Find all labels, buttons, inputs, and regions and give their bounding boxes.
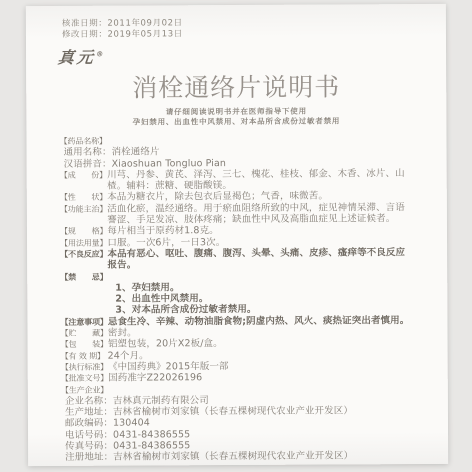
- section-text: 川芎、丹参、黄芪、泽泻、三七、槐花、桂枝、郁金、木香、冰片、山楂。辅料：蔗糖、硬…: [107, 168, 413, 192]
- brand-logo: 真元®: [57, 45, 129, 68]
- section-label: 【用法用量】: [60, 237, 107, 249]
- section-row: 【成 份】 川芎、丹参、黄芪、泽泻、三七、槐花、桂枝、郁金、木香、冰片、山楂。辅…: [60, 168, 413, 192]
- section-label: 【性 状】: [60, 192, 107, 204]
- section-label: 【规 格】: [60, 226, 107, 238]
- section-text: [107, 134, 413, 136]
- revision-date-label: 修改日期：: [62, 30, 108, 40]
- registered-trademark-mark: ®: [96, 49, 104, 58]
- section-label: 【不良反应】: [60, 249, 107, 261]
- section-text: 国药准字Z22026196: [108, 371, 414, 384]
- revision-date-value: 2019年05月13日: [107, 29, 182, 39]
- section-label: 【生产企业】: [61, 384, 108, 396]
- approval-date-value: 2011年09月02日: [107, 18, 182, 28]
- section-label: 【功能主治】: [60, 203, 107, 215]
- section-row: 注册地址：吉林省榆树市刘家镇（长春五棵树现代农业产业开发区）: [61, 450, 414, 463]
- section-label: 【有 效 期】: [61, 350, 108, 362]
- section-label: 【执行标准】: [61, 362, 108, 374]
- section-label: 【注意事项】: [60, 316, 107, 328]
- photo-of-leaflet: { "meta": { "approval_date_label": "核准日期…: [0, 0, 472, 472]
- section-text: 活血化瘀，温经通络。用于瘀血阻络所致的中风，症见神情呆滞、言语謇涩、手足发凉、肢…: [107, 202, 413, 226]
- date-block: 核准日期：2011年09月02日 修改日期：2019年05月13日: [62, 17, 446, 41]
- section-row: 【功能主治】 活血化瘀，温经通络。用于瘀血阻络所致的中风，症见神情呆滞、言语謇涩…: [60, 202, 413, 226]
- section-row: 【不良反应】 本品有恶心、呕吐、腹痛、腹泻、头晕、头痛、皮疹、瘙痒等不良反应报告…: [60, 247, 413, 271]
- section-text: 注册地址：吉林省榆树市刘家镇（长春五棵树现代农业产业开发区）: [65, 450, 414, 463]
- section-label: 【药品名称】: [59, 136, 106, 148]
- contraindication-notice: 孕妇禁用、出血性中风禁用、对本品所含成份过敏者禁用: [26, 115, 446, 127]
- section-row: 【批准文号】 国药准字Z22026196: [61, 371, 414, 384]
- section-label: 【批准文号】: [61, 373, 108, 385]
- sections: 【药品名称】 通用名称：消栓通络片 汉语拼音：Xiaoshuan Tongluo…: [59, 134, 414, 463]
- section-label: 【禁 忌】: [60, 271, 107, 283]
- section-label: 【成 份】: [60, 170, 107, 182]
- approval-date-label: 核准日期：: [62, 19, 108, 29]
- leaflet-paper: 核准日期：2011年09月02日 修改日期：2019年05月13日 真元® 消栓…: [26, 4, 448, 466]
- revision-date-line: 修改日期：2019年05月13日: [62, 28, 446, 41]
- section-label: 【包 装】: [61, 339, 108, 351]
- section-label: 【贮 藏】: [60, 328, 107, 340]
- brand-logo-text: 真元: [57, 48, 97, 67]
- page-title: 消栓通络片说明书: [26, 67, 446, 105]
- section-text: 本品有恶心、呕吐、腹痛、腹泻、头晕、头痛、皮疹、瘙痒等不良反应报告。: [107, 247, 413, 271]
